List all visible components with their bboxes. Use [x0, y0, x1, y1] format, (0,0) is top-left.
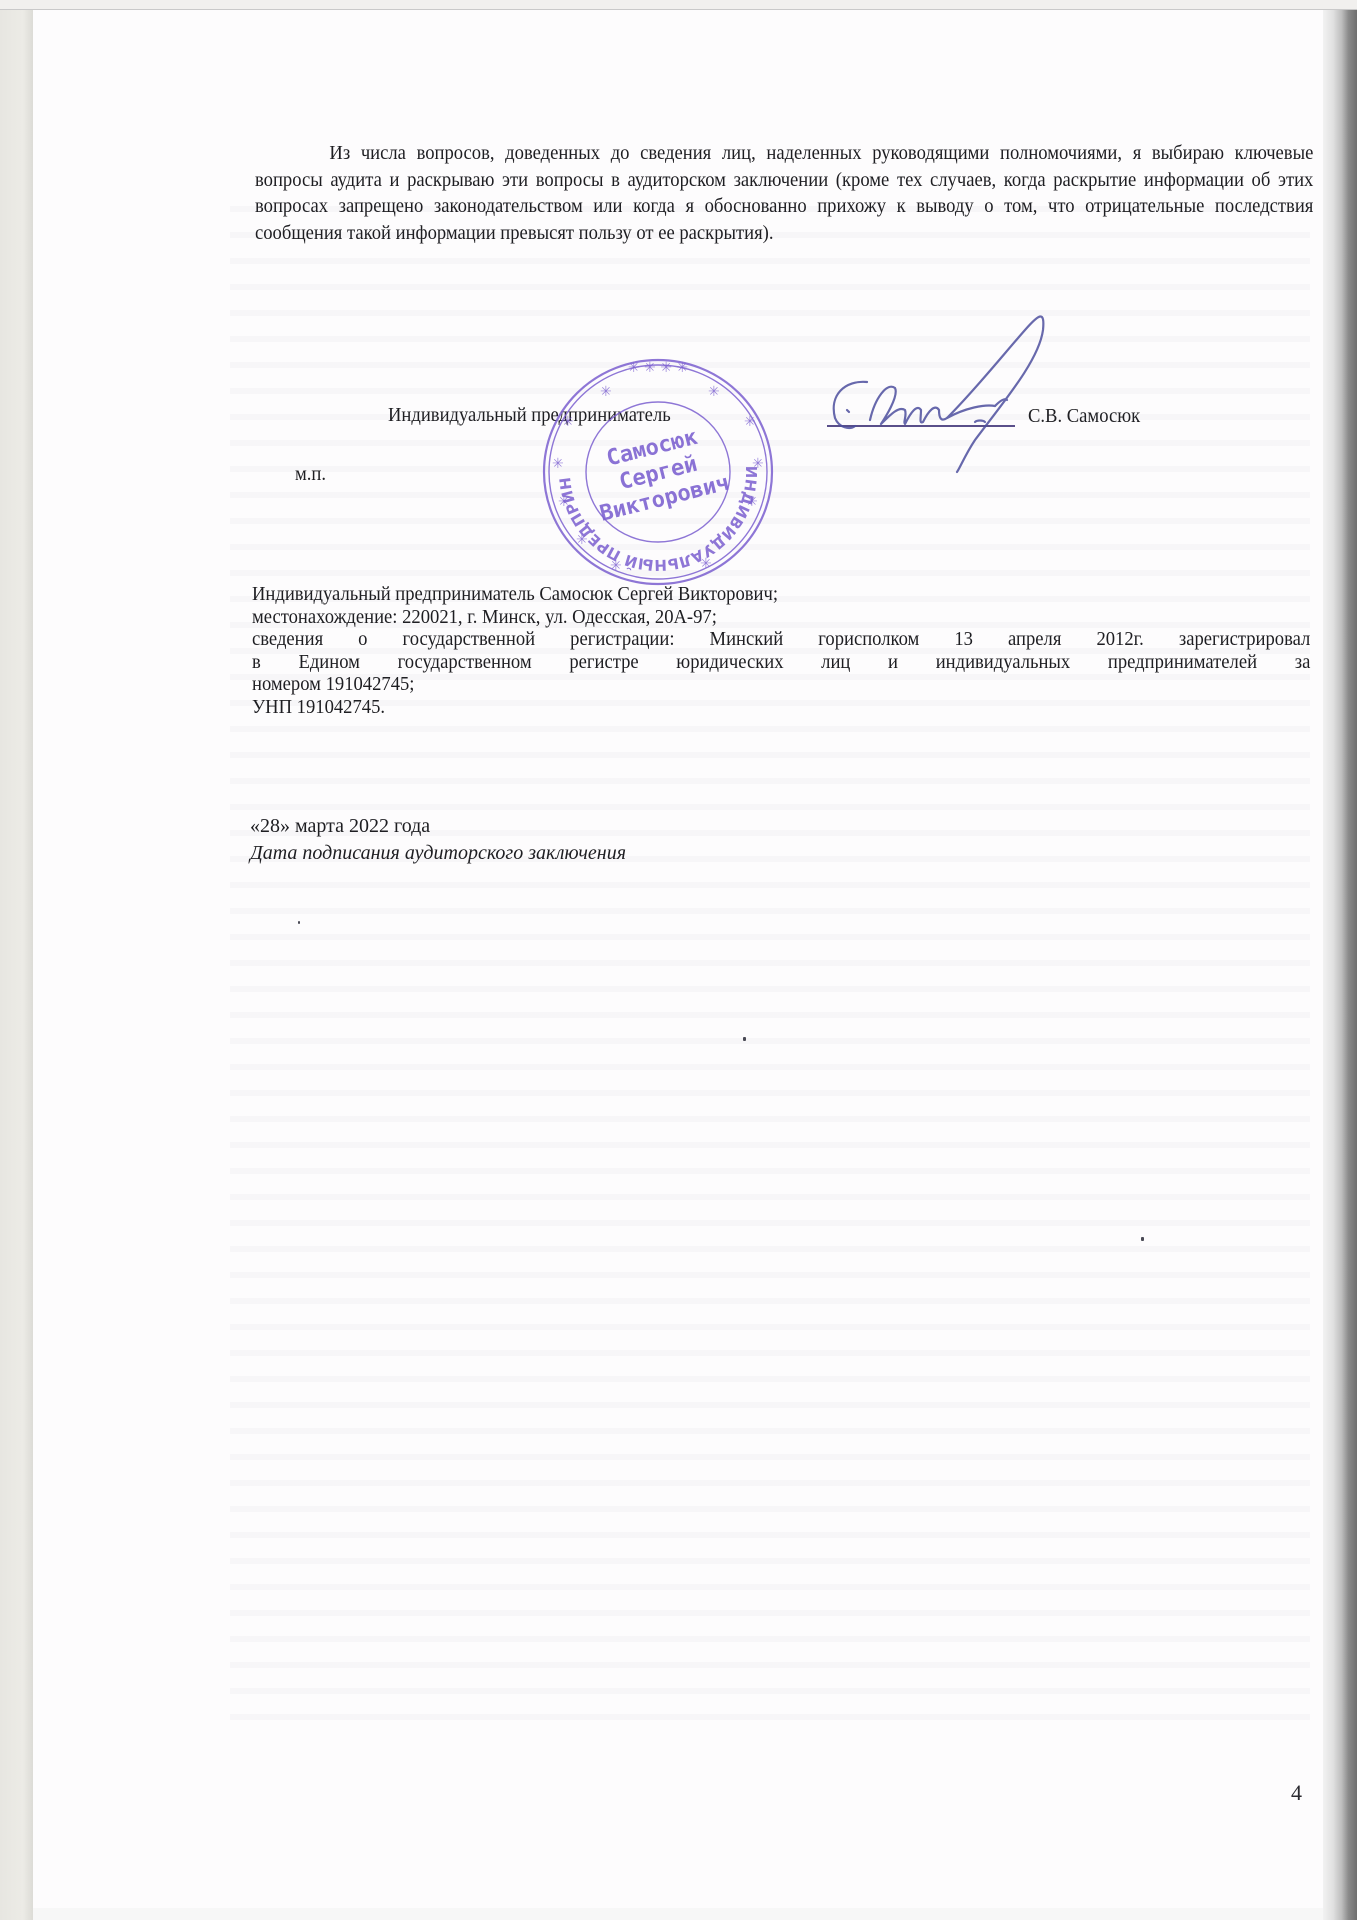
signing-date-caption: Дата подписания аудиторского заключения [250, 840, 626, 866]
scan-right-gutter [1323, 10, 1357, 1920]
svg-text:✳: ✳ [610, 558, 622, 574]
scan-top-edge [0, 0, 1357, 10]
signing-date: «28» марта 2022 года [250, 813, 430, 839]
auditor-full-name: Индивидуальный предприниматель Самосюк С… [252, 583, 1310, 606]
svg-text:✳ ✳ ✳ ✳: ✳ ✳ ✳ ✳ [628, 360, 688, 376]
svg-text:✳: ✳ [752, 456, 764, 472]
scan-bottom-edge [33, 1908, 1323, 1920]
svg-text:✳: ✳ [558, 494, 570, 510]
scan-speck [743, 1037, 746, 1041]
registration-info-line1: сведения о государственной регистрации: … [252, 628, 1310, 651]
svg-text:✳: ✳ [700, 556, 712, 572]
scan-speck [1141, 1237, 1144, 1241]
scan-left-margin [0, 0, 33, 1920]
scan-speck [298, 921, 300, 924]
svg-text:✳: ✳ [562, 414, 574, 430]
svg-text:✳: ✳ [744, 414, 756, 430]
page-number: 4 [1291, 1780, 1302, 1806]
registration-info-line2: в Едином государственном регистре юридич… [252, 651, 1310, 674]
auditor-address: местонахождение: 220021, г. Минск, ул. О… [252, 606, 1310, 629]
official-seal-stamp: ИНДИВИДУАЛЬНЫЙ ПРЕДПРИНИМАТЕЛЬ * Г.МИНСК… [540, 356, 776, 588]
svg-text:✳: ✳ [600, 384, 612, 400]
registration-number: номером 191042745; [252, 673, 1310, 696]
svg-text:✳: ✳ [576, 532, 588, 548]
document-page [33, 10, 1323, 1908]
handwritten-signature [825, 300, 1085, 475]
svg-text:✳: ✳ [552, 456, 564, 472]
svg-text:✳: ✳ [708, 384, 720, 400]
auditor-details: Индивидуальный предприниматель Самосюк С… [252, 583, 1310, 719]
seal-place-label: м.п. [295, 461, 326, 487]
key-audit-matters-paragraph: Из числа вопросов, доведенных до сведени… [255, 140, 1313, 246]
unp-number: УНП 191042745. [252, 696, 1310, 719]
svg-text:✳: ✳ [746, 494, 758, 510]
